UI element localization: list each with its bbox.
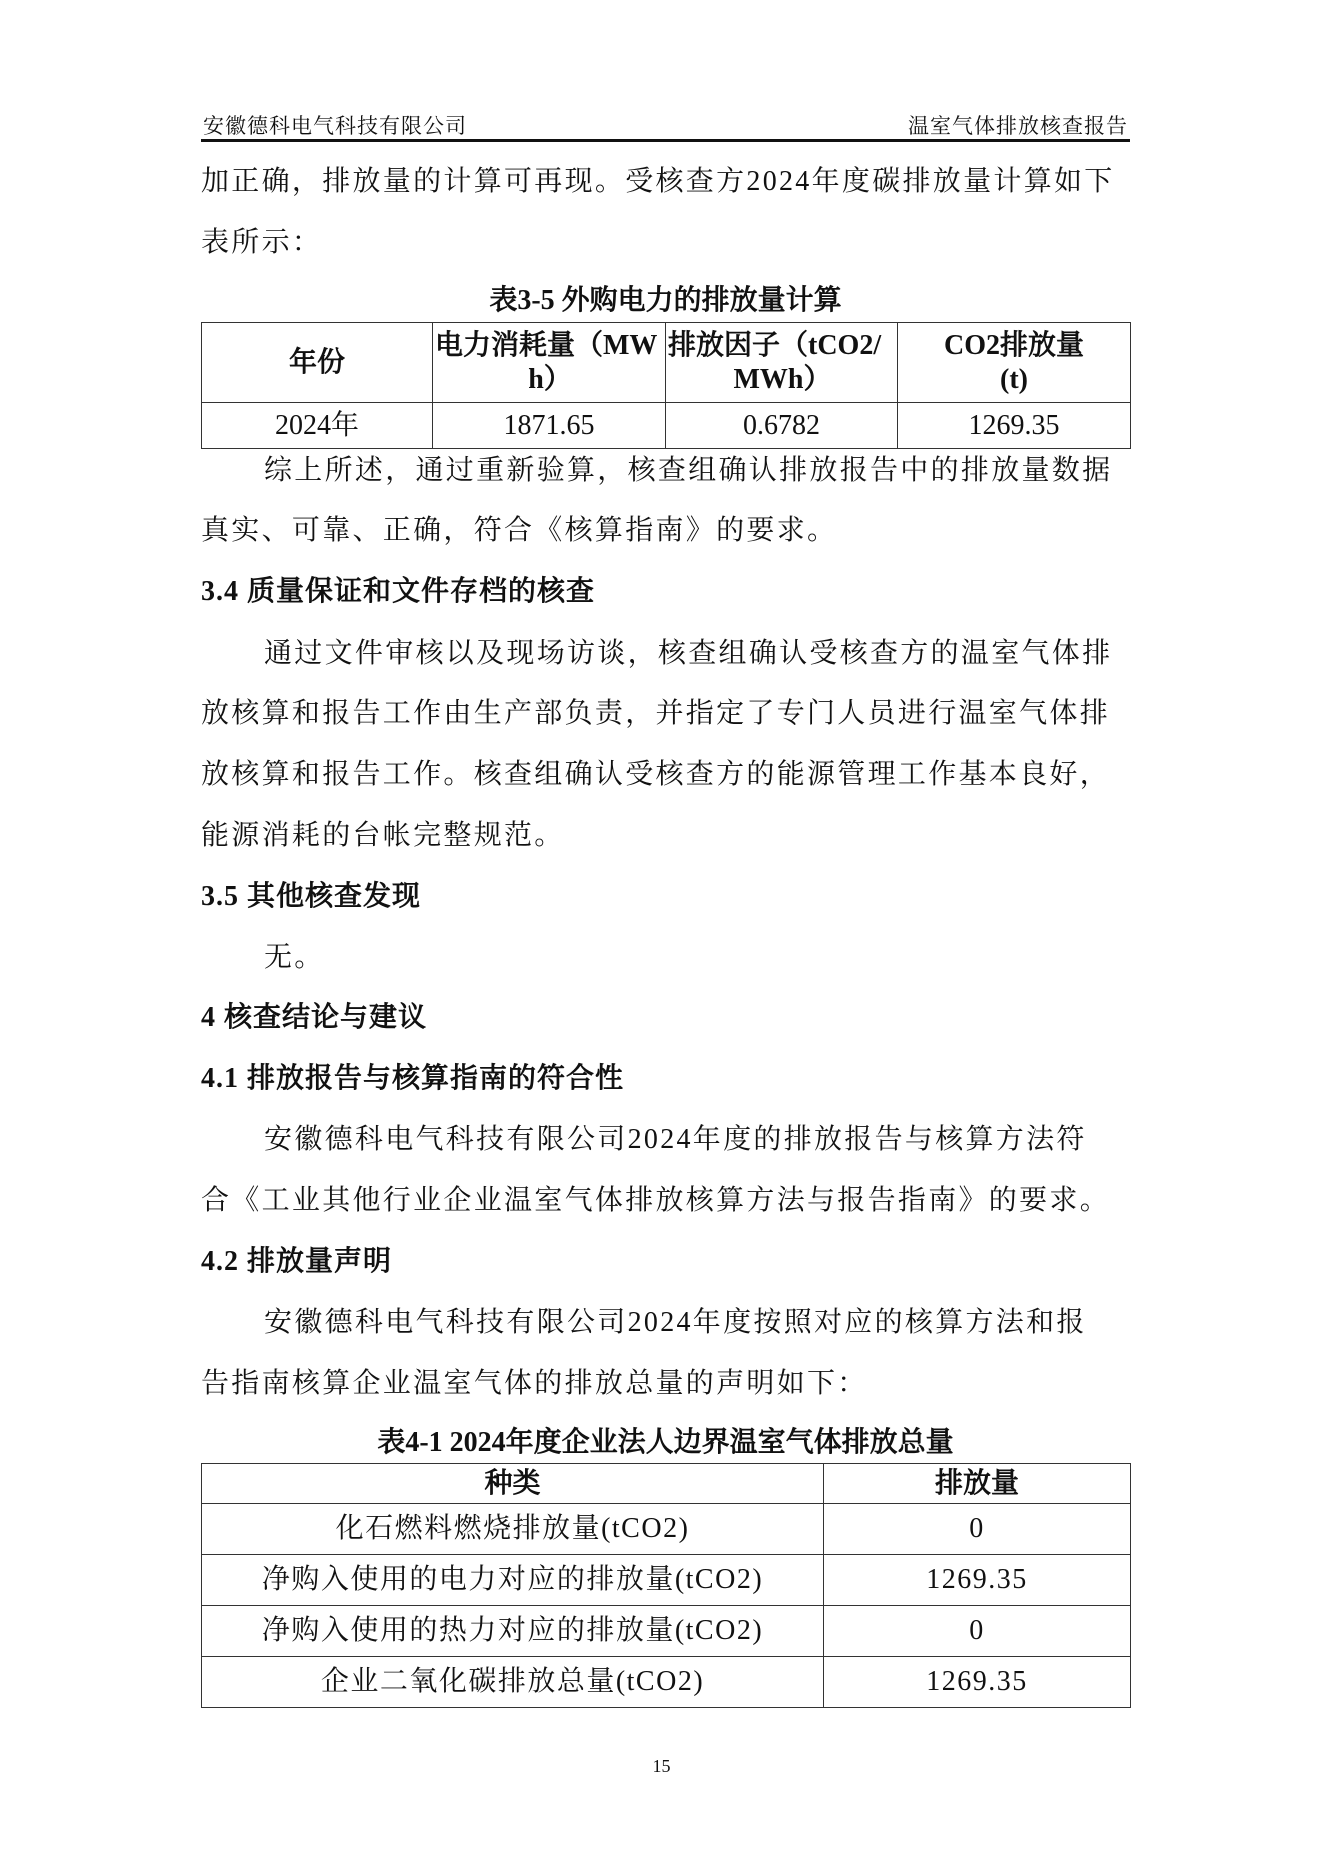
intro-paragraph-line-1: 加正确，排放量的计算可再现。受核查方2024年度碳排放量计算如下 — [201, 168, 1115, 196]
section-4-2-line-2: 告指南核算企业温室气体的排放总量的声明如下： — [201, 1370, 868, 1398]
section-4-1-line-1: 安徽德科电气科技有限公司2024年度的排放报告与核算方法符 — [264, 1126, 1087, 1154]
header-consumption-line-2: h） — [435, 363, 665, 397]
header-emission-line-1: CO2排放量 — [898, 329, 1130, 363]
cell-consumption: 1871.65 — [433, 403, 666, 449]
header-report-title: 温室气体排放核查报告 — [908, 110, 1128, 140]
table-4-1-caption: 表4-1 2024年度企业法人边界温室气体排放总量 — [201, 1429, 1130, 1457]
header-factor: 排放因子（tCO2/ MWh） — [666, 323, 898, 403]
header-emission: CO2排放量 (t) — [898, 323, 1131, 403]
section-4-1-heading: 4.1 排放报告与核算指南的符合性 — [201, 1065, 624, 1093]
cell-value: 0 — [824, 1504, 1131, 1555]
section-4-2-line-1: 安徽德科电气科技有限公司2024年度按照对应的核算方法和报 — [264, 1309, 1087, 1337]
section-3-4-line-3: 放核算和报告工作。核查组确认受核查方的能源管理工作基本良好， — [201, 761, 1110, 789]
section-4-1-line-2: 合《工业其他行业企业温室气体排放核算方法与报告指南》的要求。 — [201, 1187, 1110, 1215]
section-4-2-heading: 4.2 排放量声明 — [201, 1248, 392, 1276]
table-row: 净购入使用的电力对应的排放量(tCO2) 1269.35 — [202, 1555, 1131, 1606]
header-factor-line-1: 排放因子（tCO2/ — [668, 329, 897, 363]
section-3-5-heading: 3.5 其他核查发现 — [201, 883, 421, 911]
table-header-row: 种类 排放量 — [202, 1464, 1131, 1504]
page-number: 15 — [0, 1756, 1323, 1777]
cell-value: 1269.35 — [824, 1555, 1131, 1606]
header-type: 种类 — [202, 1464, 824, 1504]
header-factor-line-2: MWh） — [668, 363, 897, 397]
header-company-name: 安徽德科电气科技有限公司 — [203, 110, 467, 140]
table-3-5-caption: 表3-5 外购电力的排放量计算 — [201, 287, 1130, 315]
header-value: 排放量 — [824, 1464, 1131, 1504]
header-consumption: 电力消耗量（MW h） — [433, 323, 666, 403]
section-4-heading: 4 核查结论与建议 — [201, 1004, 427, 1032]
section-3-4-heading: 3.4 质量保证和文件存档的核查 — [201, 578, 595, 606]
cell-factor: 0.6782 — [666, 403, 898, 449]
header-year: 年份 — [202, 323, 433, 403]
table-row: 化石燃料燃烧排放量(tCO2) 0 — [202, 1504, 1131, 1555]
cell-type: 净购入使用的热力对应的排放量(tCO2) — [202, 1606, 824, 1657]
table-row: 2024年 1871.65 0.6782 1269.35 — [202, 403, 1131, 449]
section-3-4-line-1: 通过文件审核以及现场访谈，核查组确认受核查方的温室气体排 — [264, 640, 1112, 668]
header-emission-line-2: (t) — [898, 363, 1130, 397]
section-3-5-line-1: 无。 — [264, 944, 325, 972]
table-4-1-total-emissions: 种类 排放量 化石燃料燃烧排放量(tCO2) 0 净购入使用的电力对应的排放量(… — [201, 1463, 1131, 1708]
section-3-4-line-4: 能源消耗的台帐完整规范。 — [201, 822, 565, 850]
cell-type: 净购入使用的电力对应的排放量(tCO2) — [202, 1555, 824, 1606]
table-3-5-purchased-electricity: 年份 电力消耗量（MW h） 排放因子（tCO2/ MWh） CO2排放量 (t… — [201, 322, 1131, 449]
section-3-4-line-2: 放核算和报告工作由生产部负责，并指定了专门人员进行温室气体排 — [201, 700, 1110, 728]
cell-value: 0 — [824, 1606, 1131, 1657]
cell-value: 1269.35 — [824, 1657, 1131, 1708]
summary-line-1: 综上所述，通过重新验算，核查组确认排放报告中的排放量数据 — [264, 457, 1112, 485]
cell-type: 化石燃料燃烧排放量(tCO2) — [202, 1504, 824, 1555]
table-row: 净购入使用的热力对应的排放量(tCO2) 0 — [202, 1606, 1131, 1657]
table-header-row: 年份 电力消耗量（MW h） 排放因子（tCO2/ MWh） CO2排放量 (t… — [202, 323, 1131, 403]
cell-emission: 1269.35 — [898, 403, 1131, 449]
header-divider — [201, 139, 1130, 142]
cell-year: 2024年 — [202, 403, 433, 449]
summary-line-2: 真实、可靠、正确，符合《核算指南》的要求。 — [201, 517, 837, 545]
intro-paragraph-line-2: 表所示： — [201, 229, 322, 257]
cell-type: 企业二氧化碳排放总量(tCO2) — [202, 1657, 824, 1708]
header-consumption-line-1: 电力消耗量（MW — [435, 329, 665, 363]
table-row: 企业二氧化碳排放总量(tCO2) 1269.35 — [202, 1657, 1131, 1708]
